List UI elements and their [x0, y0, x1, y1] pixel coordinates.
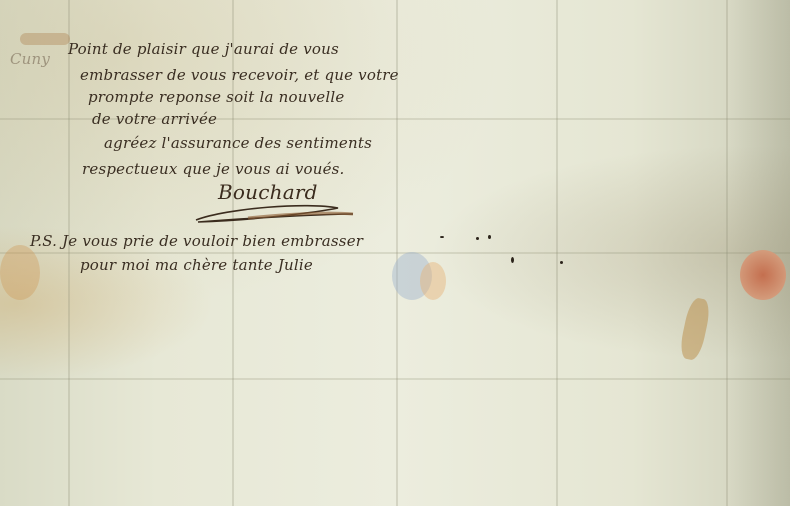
letter-line: respectueux que je vous ai voués.	[82, 160, 345, 178]
ink-mark	[488, 235, 491, 239]
stain	[20, 33, 70, 45]
ink-mark	[560, 261, 563, 264]
letter-line: de votre arrivée	[92, 110, 217, 128]
ink-mark	[476, 237, 479, 240]
letter-line: prompte reponse soit la nouvelle	[88, 88, 344, 106]
letter-line: agréez l'assurance des sentiments	[104, 134, 372, 152]
postscript-line: P.S. Je vous prie de vouloir bien embras…	[30, 232, 363, 250]
letter-page: Cuny Point de plaisir que j'aurai de vou…	[0, 0, 790, 506]
signature-flourish	[188, 198, 358, 228]
fold-line	[0, 252, 790, 254]
ink-mark	[440, 236, 444, 238]
letter-line: embrasser de vous recevoir, et que votre	[80, 66, 399, 84]
margin-note: Cuny	[10, 50, 50, 68]
wax-seal	[740, 250, 786, 300]
letter-line: Point de plaisir que j'aurai de vous	[68, 40, 339, 58]
stain	[0, 245, 40, 300]
ink-mark	[511, 257, 514, 263]
postscript-line: pour moi ma chère tante Julie	[80, 256, 313, 274]
stain	[678, 296, 712, 361]
stain	[420, 262, 446, 300]
fold-line	[0, 378, 790, 380]
